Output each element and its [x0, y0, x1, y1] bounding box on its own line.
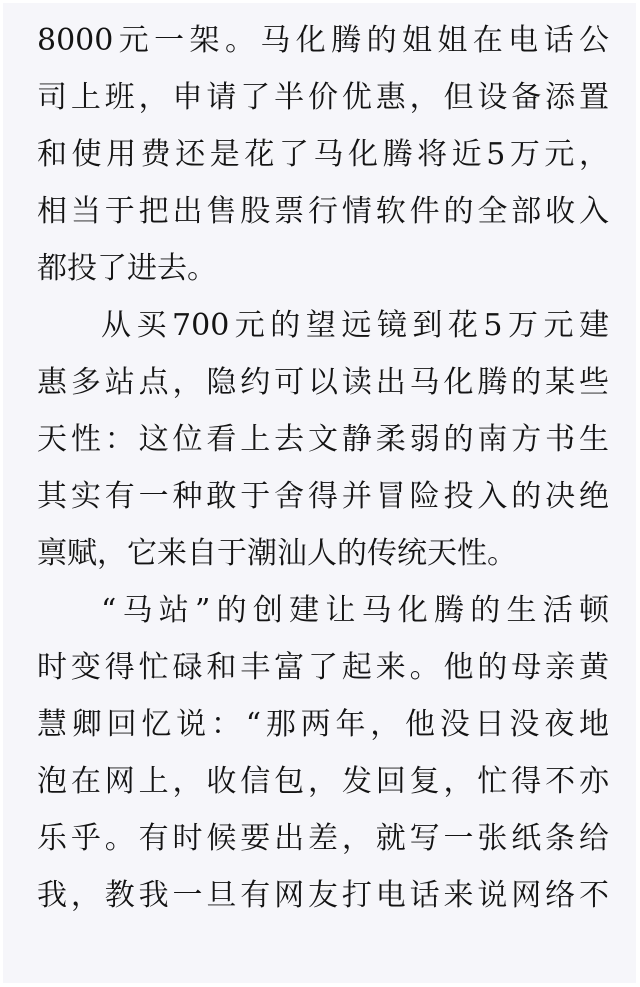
text-line: 和使用费还是花了马化腾将近5万元，: [37, 126, 609, 183]
text-line: 泡在网上，收信包，发回复，忙得不亦: [37, 753, 609, 810]
text-line: 慧卿回忆说：“那两年，他没日没夜地: [37, 696, 609, 753]
article-body: 8000元一架。马化腾的姐姐在电话公 司上班，申请了半价优惠，但设备添置 和使用…: [37, 12, 609, 924]
paragraph-1: 8000元一架。马化腾的姐姐在电话公 司上班，申请了半价优惠，但设备添置 和使用…: [37, 12, 609, 297]
text-line: 相当于把出售股票行情软件的全部收入: [37, 183, 609, 240]
text-line: 从买700元的望远镜到花5万元建: [37, 297, 609, 354]
paragraph-2: 从买700元的望远镜到花5万元建 惠多站点，隐约可以读出马化腾的某些 天性：这位…: [37, 297, 609, 582]
paragraph-3: “马站”的创建让马化腾的生活顿 时变得忙碌和丰富了起来。他的母亲黄 慧卿回忆说：…: [37, 582, 609, 924]
text-line: 8000元一架。马化腾的姐姐在电话公: [37, 12, 609, 69]
text-line: 惠多站点，隐约可以读出马化腾的某些: [37, 354, 609, 411]
page: 8000元一架。马化腾的姐姐在电话公 司上班，申请了半价优惠，但设备添置 和使用…: [3, 3, 636, 983]
text-line: 我，教我一旦有网友打电话来说网络不: [37, 867, 609, 924]
text-line: 其实有一种敢于舍得并冒险投入的决绝: [37, 468, 609, 525]
text-line: 禀赋，它来自于潮汕人的传统天性。: [37, 525, 609, 582]
text-line: 天性：这位看上去文静柔弱的南方书生: [37, 411, 609, 468]
text-line: 都投了进去。: [37, 240, 609, 297]
text-line: 乐乎。有时候要出差，就写一张纸条给: [37, 810, 609, 867]
text-line: “马站”的创建让马化腾的生活顿: [37, 582, 609, 639]
text-line: 时变得忙碌和丰富了起来。他的母亲黄: [37, 639, 609, 696]
text-line: 司上班，申请了半价优惠，但设备添置: [37, 69, 609, 126]
